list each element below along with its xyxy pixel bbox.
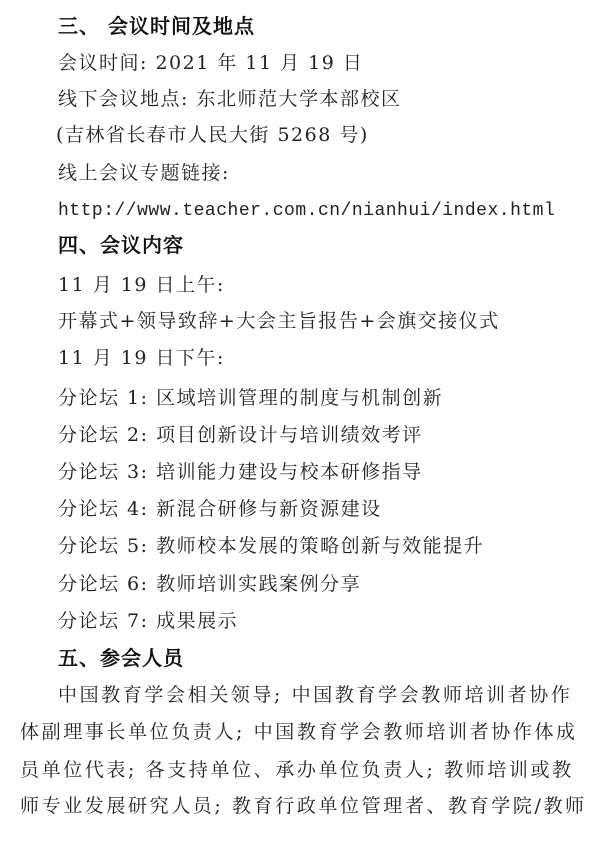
forum-item: 分论坛 3: 培训能力建设与校本研修指导 bbox=[58, 460, 423, 484]
forum-item: 分论坛 4: 新混合研修与新资源建设 bbox=[58, 497, 382, 521]
forum-title: 新混合研修与新资源建设 bbox=[156, 498, 382, 520]
online-link-url[interactable]: http://www.teacher.com.cn/nianhui/index.… bbox=[58, 199, 555, 223]
participants-paragraph-line: 员单位代表; 各支持单位、承办单位负责人; 教师培训或教 bbox=[20, 758, 574, 782]
forum-item: 分论坛 2: 项目创新设计与培训绩效考评 bbox=[58, 423, 423, 447]
online-link-label: 线上会议专题链接: bbox=[58, 161, 230, 185]
forum-title: 项目创新设计与培训绩效考评 bbox=[156, 424, 423, 446]
forum-label: 分论坛 4: bbox=[58, 498, 149, 520]
forum-title: 培训能力建设与校本研修指导 bbox=[156, 461, 423, 483]
participants-paragraph-line: 师专业发展研究人员; 教育行政单位管理者、教育学院/教师 bbox=[20, 794, 587, 818]
forum-item: 分论坛 6: 教师培训实践案例分享 bbox=[58, 572, 361, 596]
forum-item: 分论坛 1: 区域培训管理的制度与机制创新 bbox=[58, 386, 443, 410]
participants-paragraph-line: 体副理事长单位负责人; 中国教育学会教师培训者协作体成 bbox=[20, 720, 578, 744]
morning-agenda: 开幕式+领导致辞+大会主旨报告+会旗交接仪式 bbox=[58, 309, 500, 333]
forum-title: 教师培训实践案例分享 bbox=[156, 573, 361, 595]
meeting-time: 会议时间: 2021 年 11 月 19 日 bbox=[58, 51, 363, 75]
participants-paragraph-line: 中国教育学会相关领导; 中国教育学会教师培训者协作 bbox=[58, 683, 572, 707]
forum-label: 分论坛 1: bbox=[58, 387, 149, 409]
forum-title: 区域培训管理的制度与机制创新 bbox=[156, 387, 443, 409]
forum-label: 分论坛 7: bbox=[58, 610, 149, 632]
morning-label: 11 月 19 日上午: bbox=[58, 273, 225, 297]
forum-title: 成果展示 bbox=[156, 610, 238, 632]
forum-item: 分论坛 7: 成果展示 bbox=[58, 609, 238, 633]
forum-label: 分论坛 6: bbox=[58, 573, 149, 595]
section-heading-time-location: 三、 会议时间及地点 bbox=[58, 14, 255, 38]
forum-label: 分论坛 3: bbox=[58, 461, 149, 483]
forum-title: 教师校本发展的策略创新与效能提升 bbox=[156, 535, 484, 557]
afternoon-label: 11 月 19 日下午: bbox=[58, 346, 225, 370]
forum-label: 分论坛 2: bbox=[58, 424, 149, 446]
forum-item: 分论坛 5: 教师校本发展的策略创新与效能提升 bbox=[58, 534, 484, 558]
section-heading-participants: 五、参会人员 bbox=[58, 646, 184, 670]
document-page: 三、 会议时间及地点 会议时间: 2021 年 11 月 19 日 线下会议地点… bbox=[0, 0, 590, 846]
forum-label: 分论坛 5: bbox=[58, 535, 149, 557]
offline-address: (吉林省长春市人民大街 5268 号) bbox=[56, 123, 369, 147]
section-heading-content: 四、会议内容 bbox=[58, 233, 184, 257]
offline-location: 线下会议地点: 东北师范大学本部校区 bbox=[58, 87, 401, 111]
